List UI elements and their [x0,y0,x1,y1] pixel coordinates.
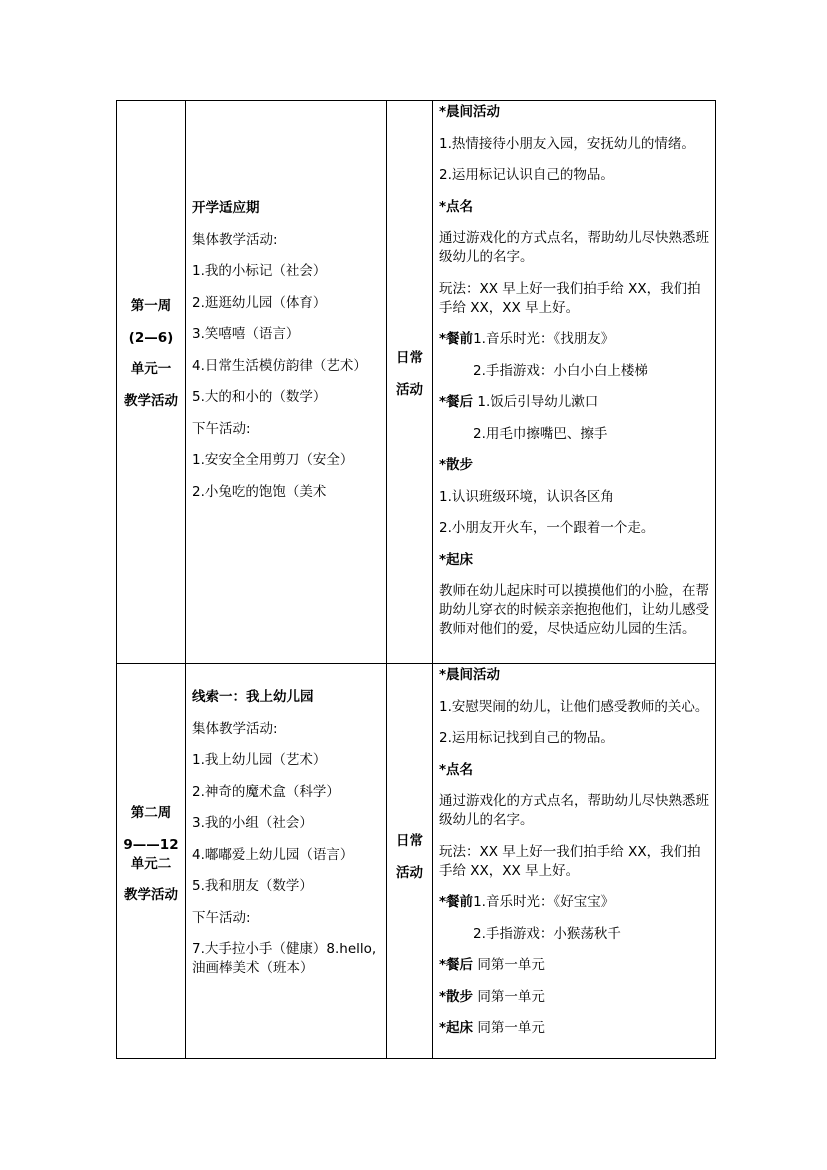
daily-line: 玩法：XX 早上好一我们拍手给 XX，我们拍手给 XX，XX 早上好。 [439,843,709,881]
plan-line: 2.神奇的魔术盒（科学） [192,783,380,802]
plan-line: 集体教学活动: [192,231,380,250]
text-run: 5.大的和小的（数学） [192,389,326,405]
text-run: 7.大手拉小手（健康）8.hello,油画棒美术（班本） [192,941,376,976]
week-line: 单元二 [117,855,185,874]
daily-line: *散步 [439,456,709,475]
week-line: 第一周 [117,297,185,316]
text-run: 下午活动: [192,421,251,437]
daily-line: 1.安慰哭闹的幼儿，让他们感受教师的关心。 [439,698,709,717]
text-run: 玩法：XX 早上好一我们拍手给 XX，我们拍手给 XX，XX 早上好。 [439,281,701,316]
text-run: 1.我上幼儿园（艺术） [192,752,326,768]
bold-label: *餐前 [439,894,473,910]
text-run: 4.日常生活模仿韵律（艺术） [192,358,367,374]
daily-label-line: 活动 [387,381,432,400]
daily-label-line: 日常 [387,832,432,851]
text-run: 通过游戏化的方式点名，帮助幼儿尽快熟悉班级幼儿的名字。 [439,230,709,265]
daily-label-line: 日常 [387,349,432,368]
plan-line: 集体教学活动: [192,720,380,739]
daily-line: *起床 同第一单元 [439,1019,709,1038]
bold-label: *起床 [439,1020,473,1036]
plan-line: 4.嘟嘟爱上幼儿园（语言） [192,846,380,865]
daily-line: 2.小朋友开火车，一个跟着一个走。 [439,519,709,538]
text-run: 日常 [396,350,423,366]
daily-line: 2.运用标记认识自己的物品。 [439,166,709,185]
text-run: (2—6) [129,330,174,346]
text-run: 日常 [396,833,423,849]
text-run: 2.运用标记找到自己的物品。 [439,730,614,746]
daily-line: *餐后 同第一单元 [439,956,709,975]
daily-label-cell: 日常活动 [387,664,433,1058]
daily-line: 玩法：XX 早上好一我们拍手给 XX，我们拍手给 XX，XX 早上好。 [439,280,709,318]
plan-line: 4.日常生活模仿韵律（艺术） [192,357,380,376]
text-run: 4.嘟嘟爱上幼儿园（语言） [192,847,353,863]
bold-label: 线索一：我上幼儿园 [192,689,314,705]
text-run: 教师在幼儿起床时可以摸摸他们的小脸，在帮助幼儿穿衣的时候亲亲抱抱他们，让幼儿感受… [439,583,709,637]
week-line: 9——12 [117,836,185,855]
text-run: 同第一单元 [473,1020,545,1036]
text-run: 第二周 [131,805,172,821]
week-line: (2—6) [117,329,185,348]
plan-line: 1.我的小标记（社会） [192,262,380,281]
plan-line: 开学适应期 [192,199,380,218]
text-run: 集体教学活动: [192,232,278,248]
daily-line: *餐后 1.饭后引导幼儿漱口 [439,393,709,412]
bold-label: *点名 [439,762,473,778]
week-line: 教学活动 [117,886,185,905]
week-line: 第二周 [117,804,185,823]
text-run: 2.用毛巾擦嘴巴、擦手 [473,426,607,442]
daily-line: *点名 [439,761,709,780]
bold-label: *餐后 [439,394,473,410]
text-run: 单元二 [131,856,172,872]
text-run: 单元一 [131,361,172,377]
text-run: 1.音乐时光：《好宝宝》 [473,894,614,910]
week-cell: 第二周9——12单元二教学活动 [117,664,186,1058]
bold-label: *餐后 [439,957,473,973]
plan-line: 2.小兔吃的饱饱（美术 [192,483,380,502]
text-run: 活动 [396,865,423,881]
text-run: 2.小朋友开火车，一个跟着一个走。 [439,520,654,536]
week-cell: 第一周(2—6)单元一教学活动 [117,101,186,663]
text-run: 2.逛逛幼儿园（体育） [192,295,326,311]
daily-line: 2.手指游戏：小白小白上楼梯 [439,362,709,381]
plan-line: 下午活动: [192,420,380,439]
plan-line: 1.安安全全用剪刀（安全） [192,451,380,470]
plan-line: 下午活动: [192,909,380,928]
text-run: 教学活动 [124,393,178,409]
text-run: 同第一单元 [473,957,545,973]
plan-line: 5.我和朋友（数学） [192,877,380,896]
daily-activities-cell: *晨间活动1.安慰哭闹的幼儿，让他们感受教师的关心。2.运用标记找到自己的物品。… [433,664,715,1058]
teaching-plan-cell: 开学适应期集体教学活动:1.我的小标记（社会）2.逛逛幼儿园（体育）3.笑嘻嘻（… [186,101,387,663]
text-run: 1.音乐时光：《找朋友》 [473,331,614,347]
text-run: 1.安慰哭闹的幼儿，让他们感受教师的关心。 [439,699,708,715]
text-run: 1.安安全全用剪刀（安全） [192,452,353,468]
daily-activities-cell: *晨间活动1.热情接待小朋友入园，安抚幼儿的情绪。2.运用标记认识自己的物品。*… [433,101,715,663]
bold-label: *晨间活动 [439,104,500,120]
daily-line: *晨间活动 [439,103,709,122]
daily-line: *起床 [439,551,709,570]
daily-label-cell: 日常活动 [387,101,433,663]
text-run: 5.我和朋友（数学） [192,878,313,894]
daily-line: *晨间活动 [439,666,709,685]
text-run: 2.运用标记认识自己的物品。 [439,167,614,183]
text-run: 3.我的小组（社会） [192,815,313,831]
text-run: 教学活动 [124,887,178,903]
text-run: 3.笑嘻嘻（语言） [192,326,299,342]
bold-label: *散步 [439,989,473,1005]
plan-line: 5.大的和小的（数学） [192,388,380,407]
daily-line: *餐前1.音乐时光：《找朋友》 [439,330,709,349]
text-run: 通过游戏化的方式点名，帮助幼儿尽快熟悉班级幼儿的名字。 [439,793,709,828]
text-run: 下午活动: [192,910,251,926]
text-run: 9——12 [123,837,178,853]
table-row: 第二周9——12单元二教学活动 线索一：我上幼儿园集体教学活动:1.我上幼儿园（… [117,663,715,1058]
text-run: 第一周 [131,298,172,314]
text-run: 2.神奇的魔术盒（科学） [192,784,340,800]
teaching-plan-cell: 线索一：我上幼儿园集体教学活动:1.我上幼儿园（艺术）2.神奇的魔术盒（科学）3… [186,664,387,1058]
text-run: 2.手指游戏：小猴荡秋千 [473,926,621,942]
bold-label: 开学适应期 [192,200,260,216]
schedule-table: 第一周(2—6)单元一教学活动 开学适应期集体教学活动:1.我的小标记（社会）2… [116,100,716,1059]
text-run: 玩法：XX 早上好一我们拍手给 XX，我们拍手给 XX，XX 早上好。 [439,844,701,879]
text-run: 活动 [396,382,423,398]
text-run: 同第一单元 [473,989,545,1005]
daily-line: *散步 同第一单元 [439,988,709,1007]
daily-line: 通过游戏化的方式点名，帮助幼儿尽快熟悉班级幼儿的名字。 [439,229,709,267]
week-line: 单元一 [117,360,185,379]
bold-label: *餐前 [439,331,473,347]
daily-line: 2.用毛巾擦嘴巴、擦手 [439,425,709,444]
text-run: 1.我的小标记（社会） [192,263,326,279]
text-run: 2.小兔吃的饱饱（美术 [192,484,326,500]
plan-line: 1.我上幼儿园（艺术） [192,751,380,770]
daily-line: *餐前1.音乐时光：《好宝宝》 [439,893,709,912]
plan-line: 3.我的小组（社会） [192,814,380,833]
daily-line: 2.运用标记找到自己的物品。 [439,729,709,748]
week-line: 教学活动 [117,392,185,411]
daily-label-line: 活动 [387,864,432,883]
daily-line: *点名 [439,198,709,217]
table-row: 第一周(2—6)单元一教学活动 开学适应期集体教学活动:1.我的小标记（社会）2… [117,101,715,663]
bold-label: *点名 [439,199,473,215]
plan-line: 3.笑嘻嘻（语言） [192,325,380,344]
daily-line: 1.认识班级环境，认识各区角 [439,488,709,507]
daily-line: 1.热情接待小朋友入园，安抚幼儿的情绪。 [439,135,709,154]
text-run: 集体教学活动: [192,721,278,737]
daily-line: 通过游戏化的方式点名，帮助幼儿尽快熟悉班级幼儿的名字。 [439,792,709,830]
bold-label: *晨间活动 [439,667,500,683]
bold-label: *散步 [439,457,473,473]
text-run: 2.手指游戏：小白小白上楼梯 [473,363,648,379]
text-run: 1.认识班级环境，认识各区角 [439,489,614,505]
daily-line: 2.手指游戏：小猴荡秋千 [439,925,709,944]
text-run: 1.热情接待小朋友入园，安抚幼儿的情绪。 [439,136,695,152]
text-run: 1.饭后引导幼儿漱口 [473,394,598,410]
plan-line: 2.逛逛幼儿园（体育） [192,294,380,313]
plan-line: 7.大手拉小手（健康）8.hello,油画棒美术（班本） [192,940,380,978]
plan-line: 线索一：我上幼儿园 [192,688,380,707]
daily-line: 教师在幼儿起床时可以摸摸他们的小脸，在帮助幼儿穿衣的时候亲亲抱抱他们，让幼儿感受… [439,582,709,639]
bold-label: *起床 [439,552,473,568]
